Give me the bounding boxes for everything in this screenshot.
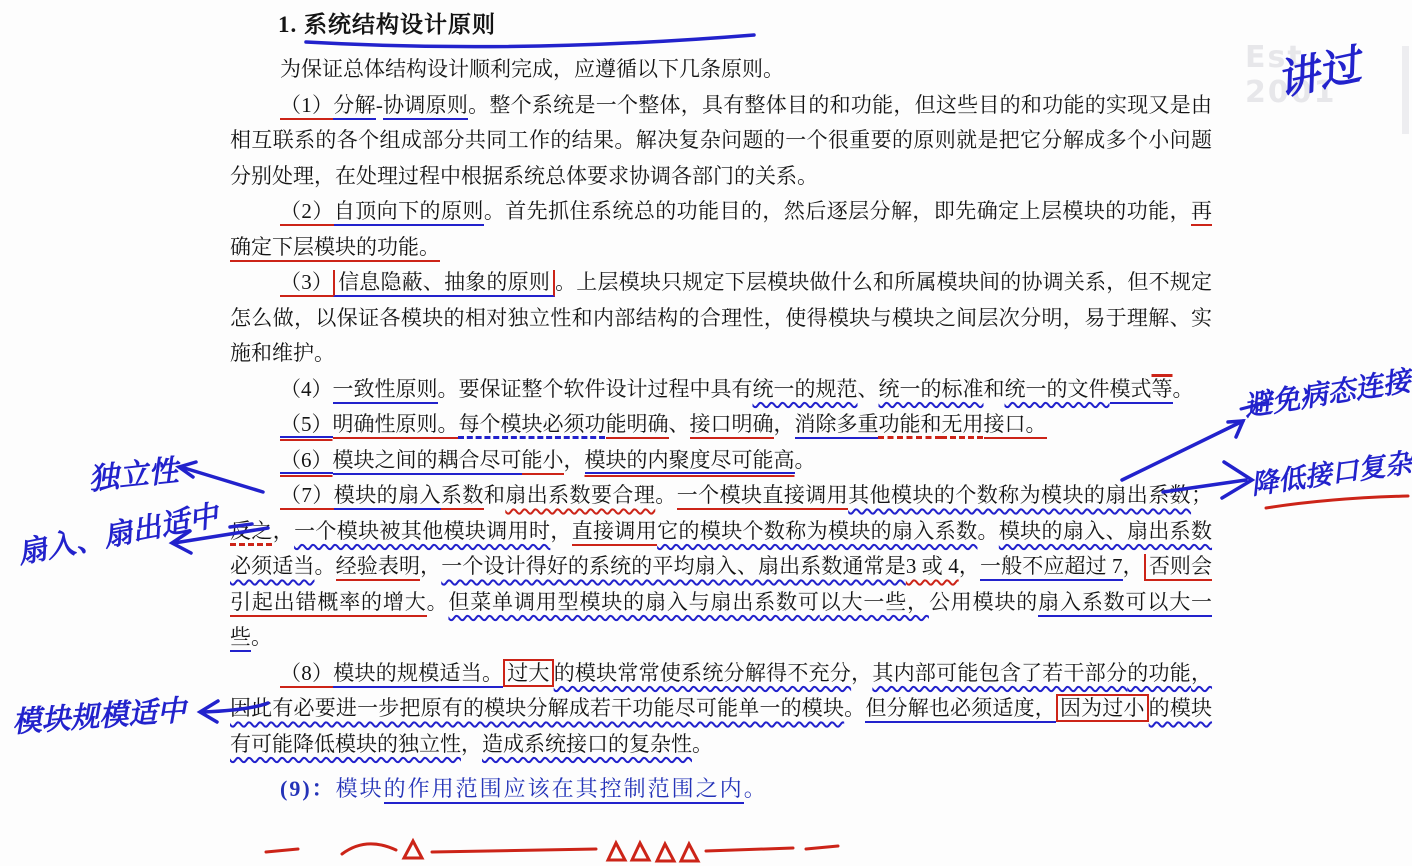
text-segment: 、 xyxy=(669,412,690,436)
text-segment: 。要保证整个软件设计过程中具有 xyxy=(438,377,753,401)
text-segment: 每个模块必须功 xyxy=(459,412,606,436)
text-segment: 、 xyxy=(858,377,879,401)
text-segment: （1） xyxy=(280,93,333,120)
text-segment: ， xyxy=(774,412,795,436)
page-title: 1. 系统结构设计原则 xyxy=(278,6,496,39)
text-segment: 模块的规模适当。 xyxy=(333,661,503,688)
text-segment: 。 xyxy=(744,776,768,801)
text-segment: 一个设计得好的系统的平均扇入、扇出系数通常是 xyxy=(441,554,906,578)
text-segment: 和 xyxy=(484,483,505,507)
text-segment: 的作用范围应该在其控制范围之内 xyxy=(384,776,744,804)
text-segment: 的功能 xyxy=(1127,661,1191,685)
text-segment: 信息隐蔽、 xyxy=(333,270,444,297)
text-segment: 能明确 xyxy=(606,412,669,439)
text-segment: 它的模块个数称为模块的扇入系数 xyxy=(657,519,977,543)
text-segment: 扇出系数要合理 xyxy=(505,483,655,507)
annotation-left-note-2: 扇入、扇出适中 xyxy=(14,493,221,572)
text-segment: 其他模块的个数称为模块的扇出系数 xyxy=(848,483,1191,507)
paragraph: (9)：模块的作用范围应该在其控制范围之内。 xyxy=(230,771,1212,807)
text-segment: 模块的内聚度尽可能高 xyxy=(585,448,795,474)
text-segment: 一般不应超过 7 xyxy=(980,554,1123,581)
paragraph: 为保证总体结构设计顺利完成，应遵循以下几条原则。 xyxy=(230,52,1212,88)
text-segment: 。 xyxy=(795,448,816,472)
text-segment: 分解 xyxy=(333,93,376,120)
text-segment: 但分解也必须适 xyxy=(865,696,1013,723)
text-segment: 消除多重 xyxy=(795,412,879,439)
text-segment: 和 xyxy=(984,377,1005,401)
text-segment: 。 xyxy=(977,519,998,543)
text-segment: ， xyxy=(564,448,585,472)
text-segment: 。 xyxy=(427,590,449,614)
text-segment: 功能和 xyxy=(879,412,942,436)
text-segment: 模块之间的耦合尽可 xyxy=(333,448,522,475)
text-segment: 。 xyxy=(692,732,713,756)
text-segment: 统一的文件 xyxy=(1005,377,1110,401)
text-segment: （4） xyxy=(280,377,333,401)
annotation-left-note-3: 模块规模适中 xyxy=(11,688,187,741)
paragraph: （7）模块的扇入系数和扇出系数要合理。一个模块直接调用其他模块的个数称为模块的扇… xyxy=(230,478,1212,656)
text-segment: 。首先抓住系统总的功能目的，然后逐层分解，即先确定上层模块的功能， xyxy=(484,199,1191,223)
text-segment: 。 xyxy=(655,483,676,507)
text-segment: ； xyxy=(1191,483,1212,507)
text-segment: 经验表明 xyxy=(336,554,420,581)
text-segment: 。 xyxy=(1173,377,1194,401)
text-segment: 一个模块直接调用 xyxy=(677,483,848,510)
paragraph: （4）一致性原则。要保证整个软件设计过程中具有统一的规范、统一的标准和统一的文件… xyxy=(230,372,1212,408)
paragraph: （2）自顶向下的原则。首先抓住系统总的功能目的，然后逐层分解，即先确定上层模块的… xyxy=(230,194,1212,265)
text-segment: ， xyxy=(461,732,482,756)
text-segment: ， xyxy=(851,661,872,685)
red-marks-under-line-9 xyxy=(266,841,838,861)
text-segment: ， xyxy=(550,519,571,543)
text-segment: - xyxy=(376,93,383,117)
text-segment: （3） xyxy=(280,270,333,297)
text-segment: 等 xyxy=(1152,377,1173,404)
text-segment: 接口。 xyxy=(984,412,1047,439)
text-segment: ， xyxy=(273,519,294,543)
annotation-left-note-1: 独立性 xyxy=(86,445,180,498)
text-segment: 无用 xyxy=(942,412,984,436)
text-segment: ， xyxy=(959,554,980,578)
text-segment: 接口明确 xyxy=(690,412,774,439)
text-segment: 3 或 4 xyxy=(906,554,959,578)
page: { "colors":{ "ink_blue":"#2222cc", "ink_… xyxy=(0,0,1412,866)
paragraph: （8）模块的规模适当。过大的模块常常使系统分解得不充分，其内部可能包含了若干部分… xyxy=(230,656,1212,763)
title-number: 1. xyxy=(278,12,297,37)
text-segment: 直接调用 xyxy=(572,519,657,546)
text-segment: 其内部可能包含了若干部分 xyxy=(872,661,1127,685)
text-segment: 统一的规范 xyxy=(753,377,858,401)
text-segment: （5） xyxy=(280,412,333,438)
right-note-2-red-underline xyxy=(1266,496,1408,508)
text-segment: ， xyxy=(420,554,441,578)
paragraph: （1）分解-协调原则。整个系统是一个整体，具有整体目的和功能，但这些目的和功能的… xyxy=(230,88,1212,195)
text-segment: 公用模块的 xyxy=(929,590,1038,614)
annotation-right-note-2: 降低接口复杂度 xyxy=(1248,437,1412,502)
text-segment: 系数 xyxy=(441,483,484,510)
watermark-bar xyxy=(1402,46,1409,134)
text-segment: 协调原则 xyxy=(383,93,468,120)
text-segment: 模块 xyxy=(336,776,384,801)
document-body: 为保证总体结构设计顺利完成，应遵循以下几条原则。（1）分解-协调原则。整个系统是… xyxy=(230,52,1212,807)
text-segment: 造成系统接口的复杂性 xyxy=(482,732,692,756)
text-segment: 。 xyxy=(251,625,272,649)
text-segment: 一致性原则 xyxy=(333,377,438,404)
paragraph: （5）明确性原则。每个模块必须功能明确、接口明确，消除多重功能和无用接口。 xyxy=(230,407,1212,443)
text-segment: 模块的扇入 xyxy=(334,483,441,510)
paragraph: （3）信息隐蔽、抽象的原则。上层模块只规定下层模块做什么和所属模块间的协调关系，… xyxy=(230,265,1212,372)
text-segment: 模式 xyxy=(1110,377,1152,404)
text-segment: （7） xyxy=(280,483,334,510)
text-segment: (9)： xyxy=(280,776,336,801)
text-segment: 为保证总体结构设计顺利完成，应遵循以下几条原则。 xyxy=(280,57,784,81)
text-segment: 抽象的原则 xyxy=(444,270,555,297)
text-segment: 。 xyxy=(844,696,865,720)
text-segment: 过大 xyxy=(503,659,554,687)
text-segment: 明确性原则。 xyxy=(333,412,459,439)
text-segment: 反之 xyxy=(230,519,273,543)
text-segment: 的模块常常使系统分解得不充分 xyxy=(554,661,851,685)
text-segment: 但菜单调用型模块的扇入与扇出系数可 xyxy=(448,590,819,614)
text-segment: 以大一些， xyxy=(820,590,929,614)
text-segment: 自顶向下的原则 xyxy=(334,199,484,226)
text-segment: （6） xyxy=(280,448,333,474)
text-segment: 度， xyxy=(1014,696,1056,723)
title-text: 系统结构设计原则 xyxy=(304,12,496,37)
text-segment: 能小 xyxy=(522,448,564,475)
text-segment: 一个模块被其他模块调用时 xyxy=(294,519,550,543)
text-segment: ， xyxy=(1123,554,1144,578)
text-segment: 统一的标准 xyxy=(879,377,984,401)
text-segment: 。 xyxy=(314,554,335,578)
text-segment: 因为过小 xyxy=(1056,694,1149,722)
text-segment: （2） xyxy=(280,199,334,226)
text-segment: （8） xyxy=(280,661,333,688)
annotation-right-note-1: 避免病态连接 xyxy=(1241,359,1412,425)
paragraph: （6）模块之间的耦合尽可能小，模块的内聚度尽可能高。 xyxy=(230,443,1212,479)
